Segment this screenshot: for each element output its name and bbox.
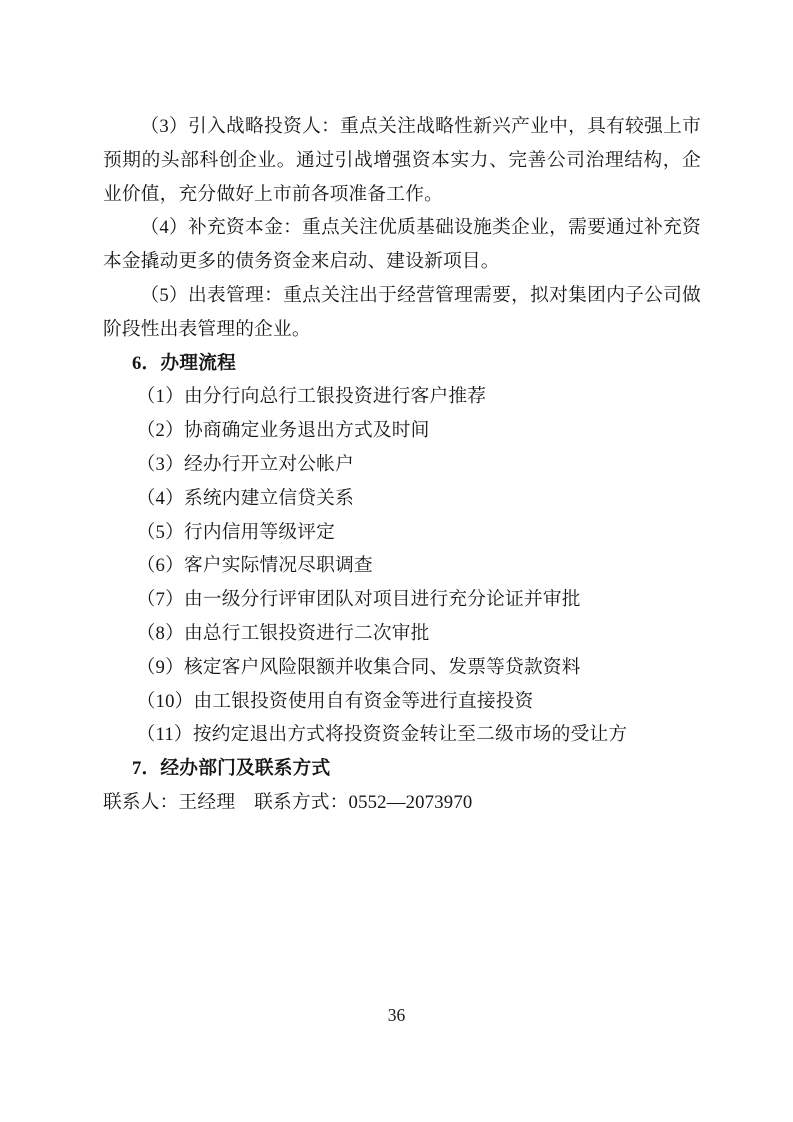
process-step-11: （11）按约定退出方式将投资资金转让至二级市场的受让方 xyxy=(137,718,701,752)
section-heading-contact: 7．经办部门及联系方式 xyxy=(132,752,701,786)
process-step-8: （8）由总行工银投资进行二次审批 xyxy=(137,617,701,651)
contact-line: 联系人：王经理 联系方式：0552—2073970 xyxy=(103,786,701,820)
process-step-5: （5）行内信用等级评定 xyxy=(137,516,701,550)
process-step-3: （3）经办行开立对公帐户 xyxy=(137,448,701,482)
paragraph-strategic-investor: （3）引入战略投资人：重点关注战略性新兴产业中，具有较强上市预期的头部科创企业。… xyxy=(103,110,701,211)
process-step-6: （6）客户实际情况尽职调查 xyxy=(137,549,701,583)
paragraph-capital-supplement: （4）补充资本金：重点关注优质基础设施类企业，需要通过补充资本金撬动更多的债务资… xyxy=(103,211,701,279)
document-page: （3）引入战略投资人：重点关注战略性新兴产业中，具有较强上市预期的头部科创企业。… xyxy=(0,0,793,1122)
process-step-7: （7）由一级分行评审团队对项目进行充分论证并审批 xyxy=(137,583,701,617)
process-step-10: （10）由工银投资使用自有资金等进行直接投资 xyxy=(137,685,701,719)
process-step-4: （4）系统内建立信贷关系 xyxy=(137,482,701,516)
process-step-2: （2）协商确定业务退出方式及时间 xyxy=(137,414,701,448)
process-step-1: （1）由分行向总行工银投资进行客户推荐 xyxy=(137,380,701,414)
paragraph-off-balance-management: （5）出表管理：重点关注出于经营管理需要，拟对集团内子公司做阶段性出表管理的企业… xyxy=(103,279,701,347)
section-heading-process: 6．办理流程 xyxy=(132,347,701,381)
process-step-9: （9）核定客户风险限额并收集合同、发票等贷款资料 xyxy=(137,651,701,685)
page-number: 36 xyxy=(0,1004,793,1026)
